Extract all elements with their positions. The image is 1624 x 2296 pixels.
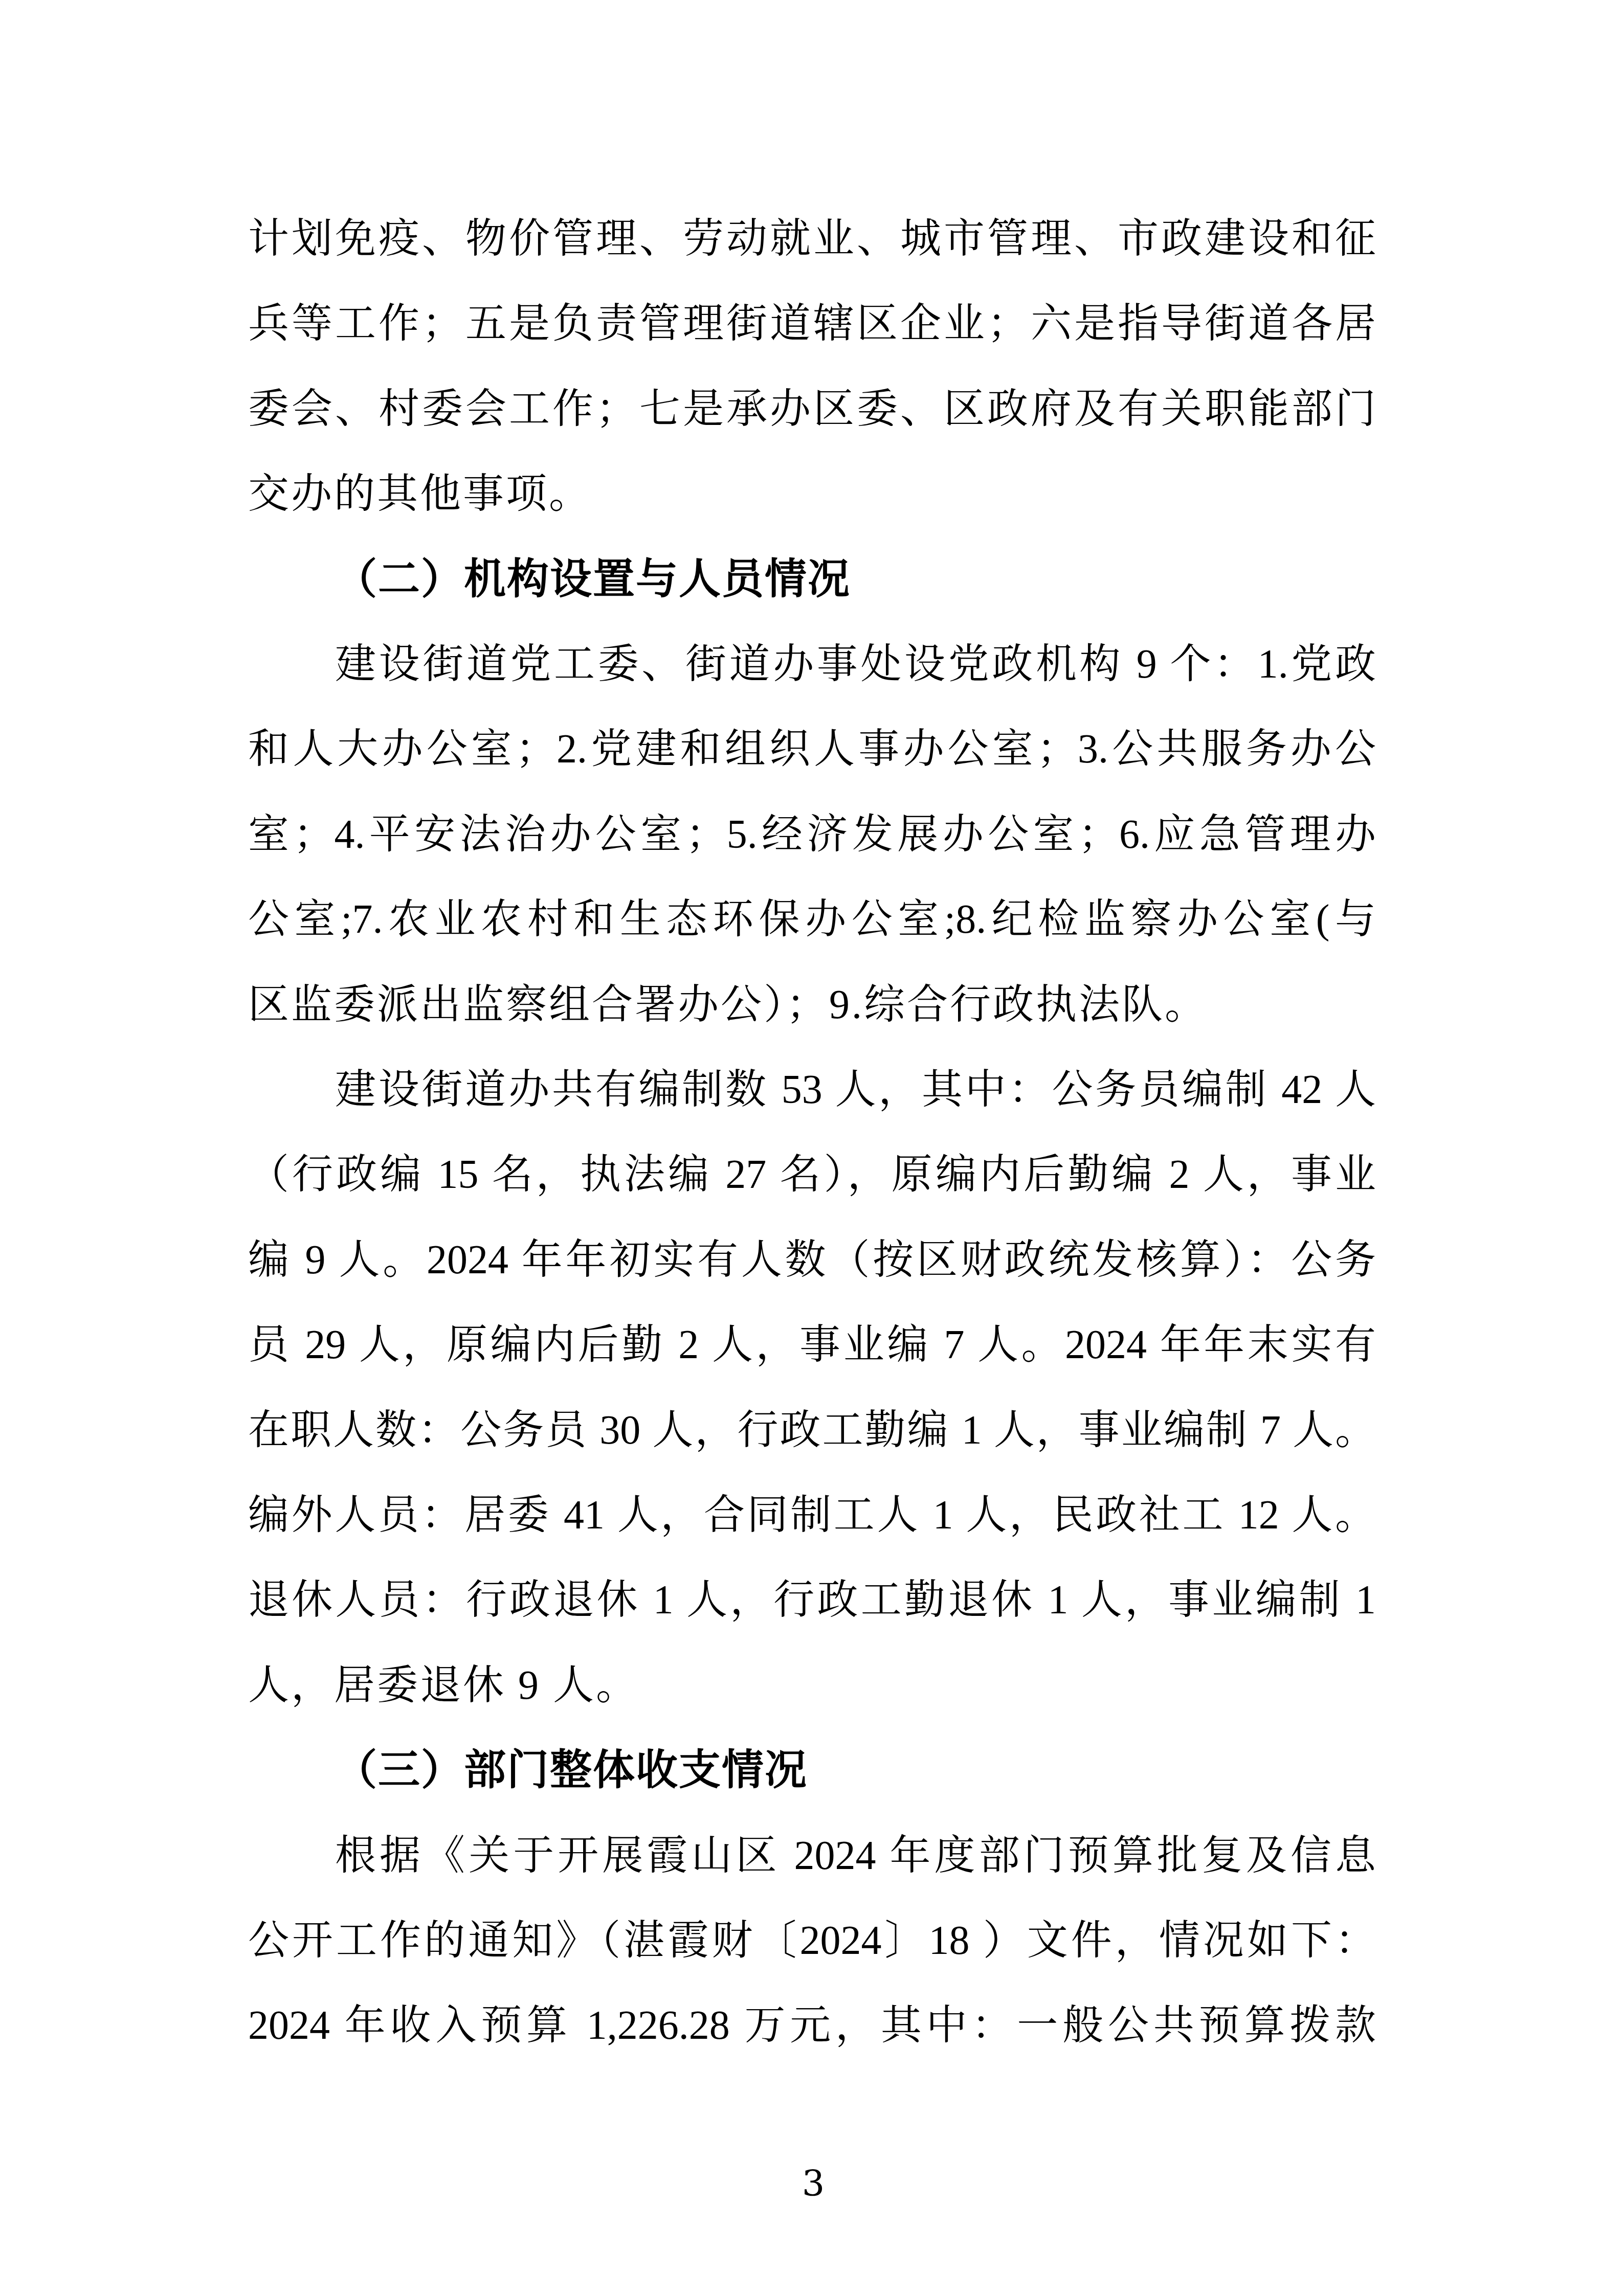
body-line: 公开工作的通知》（湛霞财〔2024〕18 ）文件，情况如下： [248,1898,1376,1983]
body-line: 交办的其他事项。 [248,452,1376,536]
paragraph-first-line: 根据《关于开展霞山区 2024 年度部门预算批复及信息 [335,1813,1376,1898]
body-line: 员 29 人，原编内后勤 2 人，事业编 7 人。2024 年年末实有 [248,1302,1376,1387]
body-line: 兵等工作；五是负责管理街道辖区企业；六是指导街道各居 [248,281,1376,366]
section-heading-3: （三）部门整体收支情况 [335,1728,808,1813]
body-line: 室；4.平安法治办公室；5.经济发展办公室；6.应急管理办 [248,792,1376,877]
body-line: 和人大办公室；2.党建和组织人事办公室；3.公共服务办公 [248,707,1376,792]
body-line: 编外人员：居委 41 人，合同制工人 1 人，民政社工 12 人。 [248,1473,1376,1558]
body-line: 编 9 人。2024 年年初实有人数（按区财政统发核算）：公务 [248,1218,1376,1302]
paragraph-first-line: 建设街道办共有编制数 53 人，其中：公务员编制 42 人 [335,1047,1376,1132]
document-page: 计划免疫、物价管理、劳动就业、城市管理、市政建设和征 兵等工作；五是负责管理街道… [0,0,1624,2296]
body-line: 区监委派出监察组合署办公）；9.综合行政执法队。 [248,962,1376,1047]
body-line: 委会、村委会工作；七是承办区委、区政府及有关职能部门 [248,367,1376,452]
body-line: 退休人员：行政退休 1 人，行政工勤退休 1 人，事业编制 1 [248,1558,1376,1642]
body-line: 计划免疫、物价管理、劳动就业、城市管理、市政建设和征 [248,196,1376,281]
page-number: 3 [798,2160,829,2207]
section-heading-2: （二）机构设置与人员情况 [335,537,851,622]
body-line: 人，居委退休 9 人。 [248,1643,1376,1728]
body-line: 在职人数：公务员 30 人，行政工勤编 1 人，事业编制 7 人。 [248,1388,1376,1473]
body-line: （行政编 15 名，执法编 27 名），原编内后勤编 2 人，事业 [248,1132,1376,1217]
body-line: 公室;7.农业农村和生态环保办公室;8.纪检监察办公室(与 [248,877,1376,962]
body-line: 2024 年收入预算 1,226.28 万元，其中：一般公共预算拨款 [248,1983,1376,2068]
paragraph-first-line: 建设街道党工委、街道办事处设党政机构 9 个：1.党政 [335,622,1376,707]
